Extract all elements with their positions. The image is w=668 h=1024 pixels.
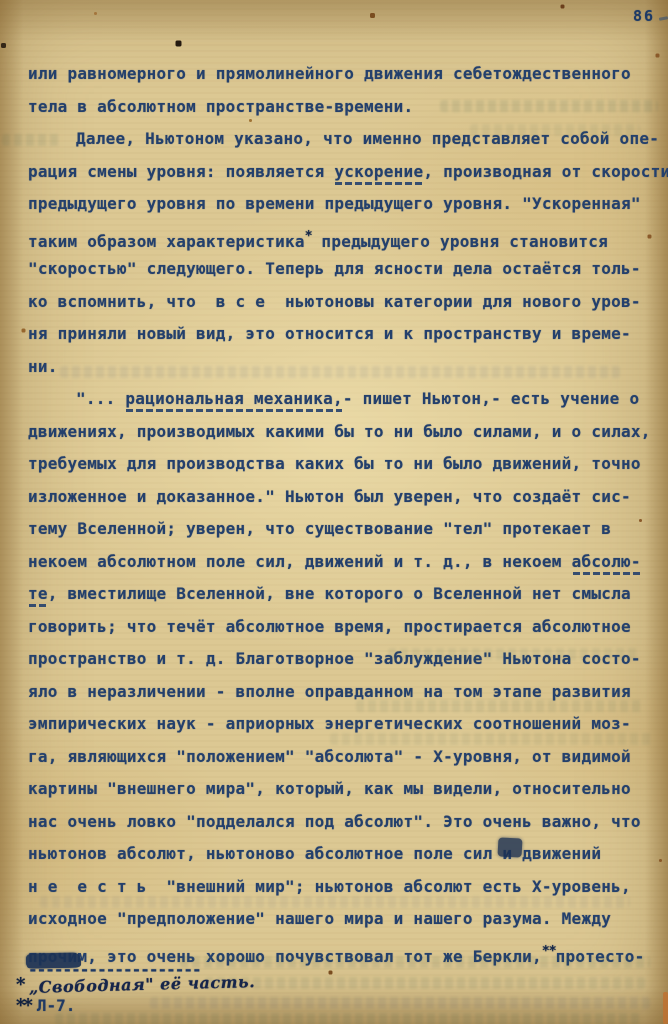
text-segment: ня приняли новый вид, это относится и к … [28, 324, 631, 343]
text-line: картины "внешнего мира", который, как мы… [28, 773, 646, 806]
footnote-text: Л-7. [37, 996, 76, 1015]
footnote-marker: ** [16, 995, 31, 1016]
underlined-text: рациональная механика, [125, 389, 342, 408]
text-segment: - пишет Ньютон,- есть учение о [343, 389, 639, 408]
text-segment: предыдущего уровня по времени предыдущег… [28, 194, 641, 213]
text-line: ни. [28, 351, 646, 384]
text-segment: , производная от скорости [423, 162, 668, 181]
text-line: изложенное и доказанное." Ньютон был уве… [28, 481, 646, 514]
scanned-document-page: 86 или равномерного и прямолинейного дви… [0, 0, 668, 1024]
footnote: *„Свободная" её часть. [16, 974, 256, 995]
text-segment: картины "внешнего мира", который, как мы… [28, 779, 631, 798]
text-line: говорить; что течёт абсолютное время, пр… [28, 611, 646, 644]
underlined-text: те [28, 584, 48, 603]
text-segment: нас очень ловко "подделался под абсолют"… [28, 812, 641, 831]
footnote-marker: * [305, 229, 312, 244]
page-number: 86 [633, 7, 655, 25]
underlined-text: ускорение [334, 162, 423, 181]
text-segment: говорить; что течёт абсолютное время, пр… [28, 617, 631, 636]
text-segment: Далее, Ньютоном указано, что именно пред… [76, 129, 659, 148]
text-line: нас очень ловко "подделался под абсолют"… [28, 806, 646, 839]
text-line: таким образом характеристика* предыдущег… [28, 221, 646, 254]
text-segment: "... [76, 389, 125, 408]
text-segment: тела в абсолютном пространстве-времени. [28, 97, 413, 116]
text-line: движениях, производимых какими бы то ни … [28, 416, 646, 449]
footnote-marker: * [16, 974, 23, 995]
text-line: предыдущего уровня по времени предыдущег… [28, 188, 646, 221]
ink-dash-mark [659, 16, 668, 21]
text-segment: некоем абсолютном поле сил, движений и т… [28, 552, 572, 571]
text-segment: эмпирических наук - априорных энергетиче… [28, 714, 631, 733]
text-line: исходное "предположение" нашего мира и н… [28, 903, 646, 936]
text-segment: таким образом характеристика [28, 232, 305, 251]
text-line: "скоростью" следующего. Теперь для яснос… [28, 253, 646, 286]
text-segment: "скоростью" следующего. Теперь для яснос… [28, 259, 641, 278]
text-segment: тему Вселенной; уверен, что существовани… [28, 519, 611, 538]
text-line: эмпирических наук - априорных энергетиче… [28, 708, 646, 741]
footnotes: *„Свободная" её часть.**Л-7. [16, 974, 256, 1016]
text-line: ньютонов абсолют, ньютоново абсолютное п… [28, 838, 646, 871]
text-segment: протесто- [556, 947, 645, 966]
footnote-text: „Свободная" её часть. [29, 972, 256, 997]
text-line: те, вместилище Вселенной, вне которого о… [28, 578, 646, 611]
text-line: н е е с т ь "внешний мир"; ньютонов абсо… [28, 871, 646, 904]
text-segment: рация смены уровня: появляется [28, 162, 334, 181]
text-segment: н е е с т ь "внешний мир"; ньютонов абсо… [28, 877, 631, 896]
text-segment: пространство и т. д. Благотворное "заблу… [28, 649, 641, 668]
typewritten-text: или равномерного и прямолинейного движен… [28, 58, 646, 968]
text-line: некоем абсолютном поле сил, движений и т… [28, 546, 646, 579]
bleed-through-text [205, 977, 645, 989]
text-segment: ни. [28, 357, 58, 376]
text-segment: изложенное и доказанное." Ньютон был уве… [28, 487, 631, 506]
text-line: или равномерного и прямолинейного движен… [28, 58, 646, 91]
paper-specks [0, 0, 1, 1]
text-segment: исходное "предположение" нашего мира и н… [28, 909, 611, 928]
text-segment: ко вспомнить, что в с е ньютоновы катего… [28, 292, 641, 311]
text-line: яло в неразличении - вполне оправданном … [28, 676, 646, 709]
text-line: ко вспомнить, что в с е ньютоновы катего… [28, 286, 646, 319]
text-line: требуемых для производства каких бы то н… [28, 448, 646, 481]
text-line: Далее, Ньютоном указано, что именно пред… [28, 123, 646, 156]
text-segment: га, являющихся "положением" "абсолюта" -… [28, 747, 631, 766]
ink-blot [498, 837, 523, 857]
underlined-text: абсолю- [572, 552, 641, 571]
footnote: **Л-7. [16, 995, 256, 1016]
text-segment: требуемых для производства каких бы то н… [28, 454, 641, 473]
text-segment: или равномерного и прямолинейного движен… [28, 64, 631, 83]
text-line: рация смены уровня: появляется ускорение… [28, 156, 646, 189]
text-segment: движениях, производимых какими бы то ни … [28, 422, 651, 441]
text-line: ня приняли новый вид, это относится и к … [28, 318, 646, 351]
page-edge-mark [663, 992, 668, 1024]
text-segment: , вместилище Вселенной, вне которого о В… [48, 584, 631, 603]
text-line: тела в абсолютном пространстве-времени. [28, 91, 646, 124]
footnote-marker: ** [542, 944, 556, 959]
text-line: пространство и т. д. Благотворное "заблу… [28, 643, 646, 676]
text-segment: яло в неразличении - вполне оправданном … [28, 682, 631, 701]
text-line: тему Вселенной; уверен, что существовани… [28, 513, 646, 546]
text-line: га, являющихся "положением" "абсолюта" -… [28, 741, 646, 774]
text-segment: предыдущего уровня становится [312, 232, 608, 251]
text-line: "... рациональная механика,- пишет Ньюто… [28, 383, 646, 416]
